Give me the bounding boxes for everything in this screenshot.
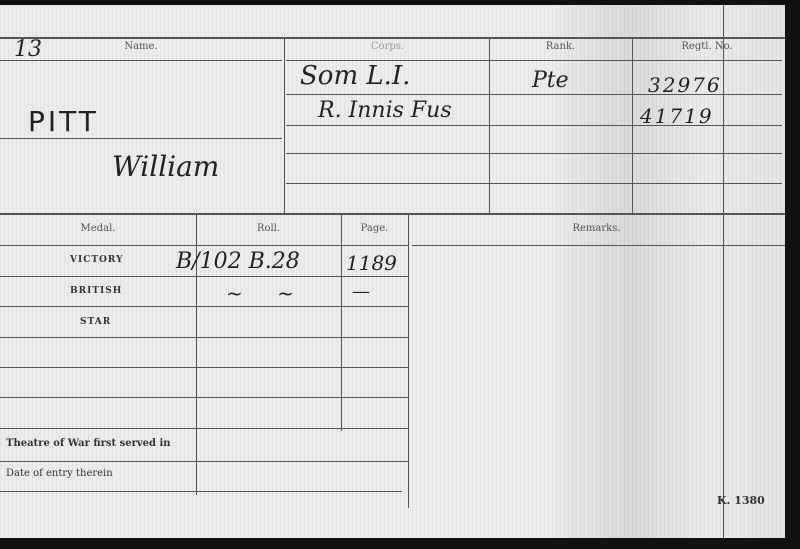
rule xyxy=(0,367,408,368)
corps-2: R. Innis Fus xyxy=(318,98,452,123)
col-divider xyxy=(632,37,633,213)
corps-1: Som L.I. xyxy=(300,61,410,91)
rule xyxy=(286,153,782,154)
col-divider xyxy=(723,5,724,538)
col-divider xyxy=(489,37,490,213)
roll-header: Roll. xyxy=(196,223,341,234)
rule xyxy=(0,306,408,307)
page-header: Page. xyxy=(341,223,408,234)
rank-header: Rank. xyxy=(489,41,632,52)
rule xyxy=(0,138,282,139)
corps-header: Corps. xyxy=(286,41,489,52)
victory-page: 1189 xyxy=(346,251,397,275)
regtl-no-1: 32976 xyxy=(648,73,722,97)
rule xyxy=(0,491,402,492)
british-roll: ~ ~ xyxy=(226,281,308,305)
rule xyxy=(0,428,408,429)
rule xyxy=(0,337,408,338)
rule xyxy=(0,397,408,398)
surname: PITT xyxy=(28,105,99,138)
rule xyxy=(286,183,782,184)
regtl-no-header: Regtl. No. xyxy=(632,41,782,52)
forename: William xyxy=(112,150,219,183)
victory-roll: B/102 B.28 xyxy=(176,249,300,274)
rule xyxy=(412,245,785,246)
name-header: Name. xyxy=(0,41,282,52)
rule xyxy=(0,60,282,61)
date-entry-label: Date of entry therein xyxy=(6,468,113,479)
col-divider xyxy=(284,37,285,213)
british-page: — xyxy=(352,281,370,302)
rule xyxy=(0,276,408,277)
col-divider xyxy=(408,213,409,508)
form-number: K. 1380 xyxy=(717,494,765,507)
theatre-label: Theatre of War first served in xyxy=(6,438,171,449)
remarks-header: Remarks. xyxy=(408,223,785,234)
medal-victory: VICTORY xyxy=(70,255,124,265)
section-divider xyxy=(0,213,785,215)
rule xyxy=(0,461,408,462)
regtl-no-2: 41719 xyxy=(640,104,714,128)
rule xyxy=(0,245,408,246)
medal-index-card: 13 Name. Corps. Rank. Regtl. No. PITT Wi… xyxy=(0,5,785,538)
medal-british: BRITISH xyxy=(70,286,122,296)
medal-star: STAR xyxy=(80,317,111,327)
medal-header: Medal. xyxy=(0,223,196,234)
top-border xyxy=(0,37,785,39)
rank-value: Pte xyxy=(532,68,569,93)
